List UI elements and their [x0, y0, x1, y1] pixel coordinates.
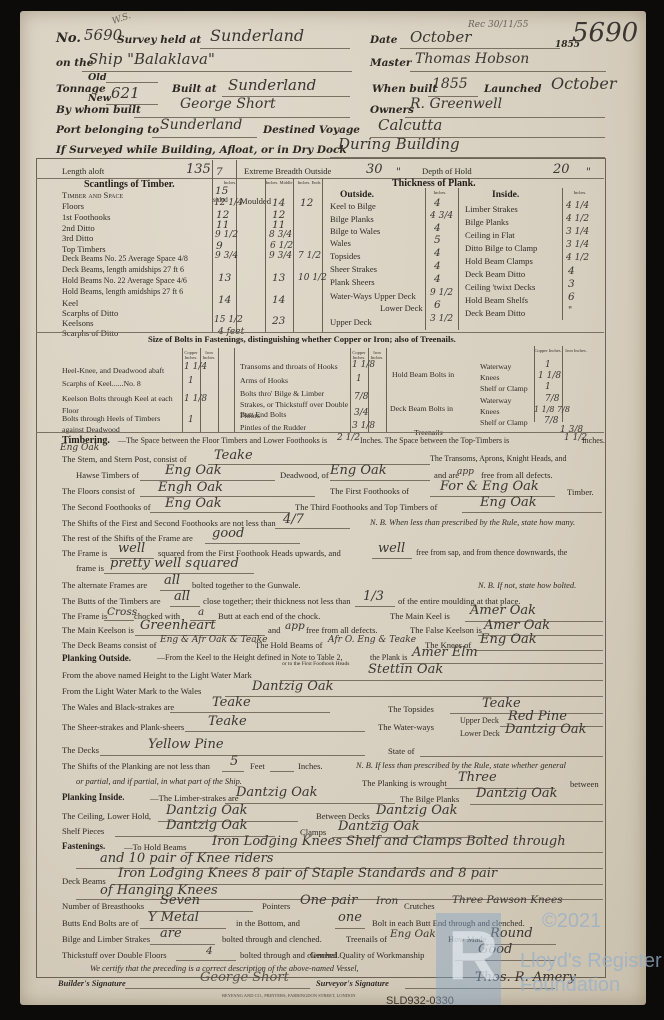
scantling-sided: 12 1/4 — [214, 198, 243, 208]
owners-name: R. Greenwell — [410, 96, 502, 112]
upper-deck-label: Upper Deck — [460, 716, 499, 725]
alternate-frames-label: The alternate Frames are — [62, 580, 147, 590]
date-value: October — [410, 28, 471, 46]
surveyed-label: If Surveyed while Building, Afloat, or i… — [56, 144, 347, 156]
bolt-copper: 7/8 — [545, 394, 559, 404]
breasthooks-label: Number of Breasthooks — [62, 901, 144, 911]
plank-outside-value: 4 — [434, 222, 441, 234]
scantling-label: Hold Beams No. 22 Average Space 4/6 — [62, 276, 187, 285]
hawse-label: Hawse Timbers of — [76, 470, 139, 480]
chock-label: The Frame is — [62, 611, 107, 621]
second-foothooks-value: Eng Oak — [165, 496, 222, 511]
scantling-label: Hold Beams, length amidships 27 ft 6 — [62, 287, 183, 296]
builder-signature: George Short — [200, 970, 289, 985]
shelf-pieces-label: Shelf Pieces — [62, 826, 104, 836]
survey-place: Sunderland — [210, 26, 304, 45]
floor-space: 2 1/2 — [337, 433, 360, 443]
inches-label: Inches. — [298, 761, 323, 771]
owners-label: Owners — [370, 104, 414, 116]
chock-with-value: a — [198, 606, 204, 618]
when-built: 1855 — [432, 76, 468, 92]
decks-value: Yellow Pine — [148, 737, 224, 752]
first-foothooks-value: For & Eng Oak — [440, 479, 539, 494]
inside-inches-header: Inches. — [568, 190, 592, 195]
scantling-end: 7 1/2 — [298, 251, 321, 261]
bolts-title: Size of Bolts in Fastenings, distinguish… — [148, 334, 456, 344]
bolt-label: Arms of Hooks — [240, 376, 288, 385]
bilge-limber-value: are — [160, 926, 182, 941]
scantling-mid: 8 3/4 — [269, 230, 292, 240]
quality-label: General Quality of Workmanship — [310, 950, 424, 960]
plank-outside-label: Upper Deck — [330, 317, 372, 327]
scantling-end: 10 1/2 — [298, 273, 327, 283]
scantling-label: Scarphs of Ditto — [62, 328, 118, 338]
depth-ft: 20 — [553, 162, 570, 177]
no-label: No. — [56, 31, 81, 46]
bolt-label: Shelf or Clamp — [480, 418, 528, 427]
bolt-copper: 1 — [188, 376, 194, 386]
shifts-value: 4/7 — [283, 512, 304, 527]
floors-value: Engh Oak — [158, 480, 223, 495]
plank-inside-value: 4 1/4 — [566, 201, 589, 211]
builder-signature-label: Builder's Signature — [58, 979, 126, 988]
planking-shifts-label: The Shifts of the Planking are not less … — [62, 761, 210, 771]
scantling-mid: 23 — [272, 315, 285, 327]
third-foothooks-label: The Third Foothooks and Top Timbers of — [295, 502, 437, 512]
plank-outside-value: 4 — [434, 260, 441, 272]
wrought-value: Three — [458, 770, 497, 785]
scantling-label: Deck Beams No. 25 Average Space 4/8 — [62, 254, 188, 263]
scantling-mid: 14 — [272, 294, 285, 306]
plank-outside-value: 3 1/2 — [430, 314, 453, 324]
bolt-label: Transoms and throats of Hooks — [240, 362, 338, 371]
planking-shifts-ft: 5 — [230, 754, 238, 769]
nb-shifts-note: N. B. When less than prescribed by the R… — [370, 518, 575, 527]
big-number: 5690 — [572, 18, 638, 48]
butt-end-number: one — [338, 910, 362, 925]
bolt-copper: 1 1/8 7/8 — [534, 405, 570, 414]
frame-squared: well — [118, 541, 145, 556]
butt-end-bolts-value: Y Metal — [148, 910, 199, 925]
bolt-label: Waterway — [480, 362, 511, 371]
bolt-label: Scarphs of Keel......No. 8 — [62, 379, 141, 388]
scantling-label: Deck Beams, length amidships 27 ft 6 — [62, 265, 184, 274]
watermark-line1: Lloyd's Register — [520, 950, 662, 973]
plank-inside-label: Ditto Bilge to Clamp — [465, 243, 537, 253]
keelson-free: free from all defects. — [306, 625, 378, 635]
bolt-label: Pintles of the Rudder — [240, 423, 306, 432]
copper-header: Copper Inches. — [350, 350, 368, 360]
wales-value: Teake — [212, 695, 251, 710]
timbering-margin-note: Eng Oak — [60, 443, 99, 453]
middle-header: Inches. Middle — [265, 180, 293, 185]
sheer-label: The Sheer-strakes and Plank-sheers — [62, 722, 184, 732]
wales-from-label: From the Light Water Mark to the Wales — [62, 686, 201, 696]
plank-inside-value: 4 1/2 — [566, 253, 589, 263]
lloyds-logo-letter: R — [448, 920, 499, 990]
frame-end-text: free from sap, and from thence downwards… — [416, 548, 567, 557]
pointers-material: Iron — [376, 895, 398, 907]
knees-value: Eng Oak — [480, 632, 537, 647]
frame-is-value: pretty well squared — [110, 556, 239, 571]
plank-inside-label: Ceiling 'twixt Decks — [465, 282, 535, 292]
feet-label: Feet — [250, 761, 265, 771]
plank-inside-label: Deck Beam Ditto — [465, 308, 525, 318]
inside-title: Inside. — [492, 190, 519, 200]
outside-inches-header: Inches. — [428, 190, 452, 195]
scantling-sided: 9 3/4 — [215, 251, 238, 261]
false-keelson-value: Amer Oak — [484, 618, 550, 633]
transoms-label: The Transoms, Aprons, Knight Heads, and — [430, 454, 566, 463]
copper-header: Copper Inches. — [182, 350, 200, 360]
plank-inside-value: 3 1/4 — [566, 227, 589, 237]
wrought-label: The Planking is wrought — [362, 778, 447, 788]
scantling-label: Scarphs of Ditto — [62, 308, 118, 318]
bolt-copper: 7/8 — [544, 416, 558, 426]
iron-header: Iron Inches. — [562, 348, 590, 353]
fastenings-heading: Fastenings. — [62, 841, 105, 851]
main-keelson-value: Greenheart — [140, 618, 216, 633]
shelf-pieces-value: Dantzig Oak — [166, 818, 248, 833]
main-keel-value: Amer Oak — [470, 603, 536, 618]
plank-inside-label: Limber Strakes — [465, 204, 518, 214]
chock-value: Cross — [107, 606, 137, 618]
tonnage-old-label: Old — [88, 72, 107, 83]
butts-value: all — [174, 589, 190, 604]
deadwood-label: Deadwood, of — [280, 470, 329, 480]
scantling-sided: 15 — [215, 185, 228, 197]
timbering-line1b: Inches. The Space between the Top-Timber… — [360, 436, 509, 445]
plank-inside-value: 6 — [568, 291, 575, 303]
bilge-limber-end-text: bolted through and clenched. — [222, 934, 322, 944]
bolt-label: Knees — [480, 373, 500, 382]
launched-label: Launched — [484, 83, 542, 95]
bolt-label: Heel-Knee, and Deadwood abaft — [62, 366, 164, 375]
deadwood-value: Eng Oak — [330, 463, 387, 478]
bolt-copper: 1 1/8 — [184, 394, 207, 404]
butt-end-mid-text: in the Bottom, and — [236, 918, 300, 928]
plank-outside-value: 4 — [434, 247, 441, 259]
when-built-label: When built — [372, 83, 437, 95]
bolt-label: Knees — [480, 407, 500, 416]
bilge-planks-value: Dantzig Oak — [476, 786, 558, 801]
port: Sunderland — [160, 117, 242, 133]
alternate-frames-value: all — [164, 573, 180, 588]
deck-beam-bolts-label: Deck Beam Bolts in — [390, 404, 453, 413]
bolt-copper: 7/8 — [354, 392, 368, 402]
crutches-label: Crutches — [404, 901, 435, 911]
keelson-app: app — [285, 620, 305, 632]
frame-is-label: frame is — [76, 563, 104, 573]
lower-deck-value: Dantzig Oak — [505, 722, 587, 737]
received-note: Rec 30/11/55 — [468, 20, 528, 30]
bolt-copper: 3 1/8 — [352, 421, 375, 431]
timbering-line1: —The Space between the Floor Timbers and… — [118, 436, 327, 445]
keelson-and: and — [268, 625, 280, 635]
plank-outside-label: Lower Deck — [380, 303, 423, 313]
deck-beams-fastening-line2: of Hanging Knees — [100, 883, 218, 898]
hawse-value: Eng Oak — [165, 463, 222, 478]
clamps-value: Dantzig Oak — [338, 819, 420, 834]
plank-outside-value: 5 — [434, 234, 441, 246]
crutches-value: Three Pawson Knees — [452, 894, 563, 906]
copyright-year: ©2021 — [542, 910, 601, 933]
hold-beams-label: The Hold Beams of — [255, 640, 323, 650]
plank-outside-value: 9 1/2 — [430, 288, 453, 298]
breadth-label: Extreme Breadth Outside — [244, 166, 331, 176]
plank-is-label: the Plank is — [370, 653, 407, 662]
plank-inside-label: Hold Beam Shelfs — [465, 295, 528, 305]
iron-header: Iron Inches. — [200, 350, 218, 360]
plank-inside-label: Bilge Planks — [465, 217, 509, 227]
hold-beams-fastening-line2: and 10 pair of Knee riders — [100, 851, 273, 866]
outside-title: Outside. — [340, 190, 374, 200]
scantling-mid: 6 1/2 — [270, 241, 293, 251]
treenails-of-label: Treenails of — [346, 934, 387, 944]
tonnage-new: 621 — [111, 84, 140, 102]
plank-inside-label: Ceiling in Flat — [465, 230, 515, 240]
hold-beams-fastening-line1: Iron Lodging Knees Shelf and Clamps Bolt… — [212, 834, 566, 849]
port-label: Port belonging to — [56, 124, 159, 136]
false-keelson-label: The False Keelson is — [410, 625, 482, 635]
butt-end-bolts-label: Butts End Bolts are of — [62, 918, 138, 928]
surveyed-status: During Building — [338, 135, 460, 153]
hold-beams-value: Afr O. Eng & Teake — [328, 635, 416, 645]
plank-outside-value: 4 — [434, 273, 441, 285]
bolt-copper: 1 — [356, 374, 362, 384]
plank-title: Thickness of Plank. — [392, 178, 476, 189]
master-name: Thomas Hobson — [415, 51, 529, 67]
plank-inside-label: Hold Beam Clamps — [465, 256, 533, 266]
length-label: Length aloft — [62, 166, 104, 176]
builder-name: George Short — [180, 96, 276, 112]
frame-label: The Frame is — [62, 548, 107, 558]
plank-inside-value: " — [568, 306, 572, 316]
scantling-label: Floors — [62, 201, 84, 211]
ship-name: Ship "Balaklava" — [88, 50, 215, 68]
scantling-end: 12 — [300, 197, 313, 209]
state-of-label: State of — [388, 746, 415, 756]
limber-label: —The Limber-strakes are — [150, 793, 239, 803]
plank-inside-label: Deck Beam Ditto — [465, 269, 525, 279]
moulded-label: Moulded — [240, 196, 271, 206]
depth-in: " — [586, 166, 591, 178]
plank-outside-label: Keel to Bilge — [330, 201, 376, 211]
frame-free: well — [378, 541, 405, 556]
rest-shifts-value: good — [212, 526, 244, 541]
bolt-label: Shelf or Clamp — [480, 384, 528, 393]
plank-outside-label: Bilge to Wales — [330, 226, 380, 236]
iron-header: Iron Inches. — [368, 350, 386, 360]
thickstuff-label: Thickstuff over Double Floors — [62, 950, 167, 960]
bilge-limber-label: Bilge and Limber Strakes — [62, 934, 150, 944]
scantling-sided: 13 — [218, 272, 231, 284]
breadth-in: " — [396, 166, 401, 178]
bolt-label: Waterway — [480, 396, 511, 405]
thickstuff-value: 4 — [206, 945, 213, 957]
inches-label: Inches. — [582, 436, 605, 445]
length-ft: 135 — [186, 162, 211, 177]
plank-outside-value: 4 — [434, 197, 441, 209]
limber-value: Dantzig Oak — [236, 785, 318, 800]
built-at-label: Built at — [172, 83, 217, 95]
survey-held-label: Survey held at — [117, 34, 201, 46]
first-foothooks-label: The First Foothooks of — [330, 486, 409, 496]
ends-header: Inches. Ends — [295, 180, 323, 185]
stem-value: Teake — [214, 448, 253, 463]
scantling-label: 2nd Ditto — [62, 223, 95, 233]
scantling-mid: 9 3/4 — [269, 251, 292, 261]
scantling-mid: 13 — [272, 272, 285, 284]
tonnage-new-label: New — [88, 93, 111, 104]
watermark-line2: Foundation — [520, 974, 620, 997]
bolt-copper: 1 — [188, 415, 194, 425]
light-water-mark-value: Stettin Oak — [368, 662, 443, 677]
sheer-value: Teake — [208, 714, 247, 729]
planking-inside-heading: Planking Inside. — [62, 792, 125, 802]
second-foothooks-label: The Second Foothooks of — [62, 502, 151, 512]
launched: October — [551, 74, 617, 93]
waterways-label: The Water-ways — [378, 722, 434, 732]
length-in: 7 — [216, 166, 223, 178]
printer-credit: BEYFANG AND CO., PRINTERS, FARRINGDON ST… — [222, 993, 356, 998]
nb-planking-note: N. B. If less than prescribed by the Rul… — [356, 761, 566, 770]
deck-beams-value: Eng & Afr Oak & Teake — [160, 635, 267, 645]
nb-belted-note: N. B. If not, state how bolted. — [478, 581, 576, 590]
bolt-copper: 1 — [545, 382, 551, 392]
planking-outside-line1b: or to the First Foothook Heads — [282, 661, 349, 667]
treenails-of-value: Eng Oak — [390, 928, 436, 940]
plank-outside-label: Plank Sheers — [330, 277, 375, 287]
alternate-frames-end: bolted together to the Gunwale. — [192, 580, 301, 590]
plank-inside-value: 3 1/4 — [566, 240, 589, 250]
decks-label: The Decks — [62, 745, 99, 755]
scantling-label: Timber and Space — [62, 190, 123, 200]
chock-end-text: Butt at each end of the chock. — [218, 611, 320, 621]
deck-beams-label: The Deck Beams consist of — [62, 640, 157, 650]
main-keelson-label: The Main Keelson is — [62, 625, 134, 635]
surveyor-signature-label: Surveyor's Signature — [316, 979, 389, 988]
breasthooks-value: Seven — [160, 893, 200, 908]
light-water-mark-label: From the above named Height to the Light… — [62, 670, 252, 680]
bolt-label: Butt End Bolts — [240, 410, 286, 419]
master-label: Master — [370, 57, 411, 69]
breadth-ft: 30 — [366, 162, 383, 177]
plank-outside-value: 4 3/4 — [430, 211, 453, 221]
floors-label: The Floors consist of — [62, 486, 135, 496]
scantling-label: 3rd Ditto — [62, 233, 93, 243]
plank-outside-value: 6 — [434, 299, 441, 311]
wales-label: The Wales and Black-strakes are — [62, 702, 174, 712]
plank-outside-label: Topsides — [330, 251, 360, 261]
butts-mid-text: close together; their thickness not less… — [203, 596, 351, 606]
scantling-label: Keel — [62, 298, 78, 308]
plank-value: Amer Elm — [412, 645, 478, 660]
timber-label: Timber. — [567, 487, 594, 497]
butts-fraction: 1/3 — [363, 589, 384, 604]
topsides-label: The Topsides — [388, 704, 434, 714]
bolt-copper: 3/4 — [354, 408, 368, 418]
plank-inside-value: 3 — [568, 278, 575, 290]
scantling-label: Top Timbers — [62, 244, 106, 254]
depth-label: Depth of Hold — [422, 166, 472, 176]
lower-deck-label: Lower Deck — [460, 729, 500, 738]
voyage: Calcutta — [378, 116, 442, 134]
planking-outside-heading: Planking Outside. — [62, 653, 131, 663]
bolt-copper: 1 1/4 — [184, 362, 207, 372]
scantling-label: Keelsons — [62, 318, 94, 328]
plank-outside-label: Bilge Planks — [330, 214, 374, 224]
plank-outside-label: Water-Ways Upper Deck — [330, 291, 416, 301]
between-label: between — [570, 779, 599, 789]
deck-beams-fastening-line1: Iron Lodging Knees 8 pair of Staple Stan… — [118, 866, 497, 881]
hold-beam-bolts-label: Hold Beam Bolts in — [392, 370, 454, 379]
nb-planking-note2: or partial, and if partial, in what part… — [76, 777, 242, 786]
date-label: Date — [370, 34, 397, 46]
plank-inside-value: 4 1/2 — [566, 214, 589, 224]
scantling-sided: 14 — [218, 294, 231, 306]
third-foothooks-value: Eng Oak — [480, 495, 537, 510]
scantling-mid: 14 — [272, 197, 285, 209]
ceiling-label: The Ceiling, Lower Hold, — [62, 811, 151, 821]
scantling-sided: 9 1/2 — [215, 230, 238, 240]
ceiling-value: Dantzig Oak — [166, 803, 248, 818]
scantling-sided: 15 1/2 — [214, 315, 243, 325]
pointers-value: One pair — [300, 893, 357, 908]
copper-header: Copper Inches. — [534, 348, 562, 353]
plank-inside-value: 4 — [568, 265, 575, 277]
between-decks-value: Dantzig Oak — [376, 803, 458, 818]
scantlings-title: Scantlings of Timber. — [84, 179, 175, 190]
butts-label: The Butts of the Timbers are — [62, 596, 161, 606]
scantling-label: 1st Foothooks — [62, 212, 110, 222]
bolt-copper: 1 — [545, 360, 551, 370]
main-keel-label: The Main Keel is — [390, 611, 450, 621]
plank-outside-label: Wales — [330, 238, 351, 248]
pointers-label: Pointers — [262, 901, 290, 911]
by-whom-built-label: By whom built — [56, 104, 141, 116]
plank-outside-label: Sheer Strakes — [330, 264, 377, 274]
bolt-copper: 1 1/8 — [538, 371, 561, 381]
built-at: Sunderland — [228, 76, 316, 94]
bolt-copper: 1 1/8 — [352, 360, 375, 370]
are-value: app — [457, 467, 474, 477]
wales-from-value: Dantzig Oak — [252, 679, 334, 694]
